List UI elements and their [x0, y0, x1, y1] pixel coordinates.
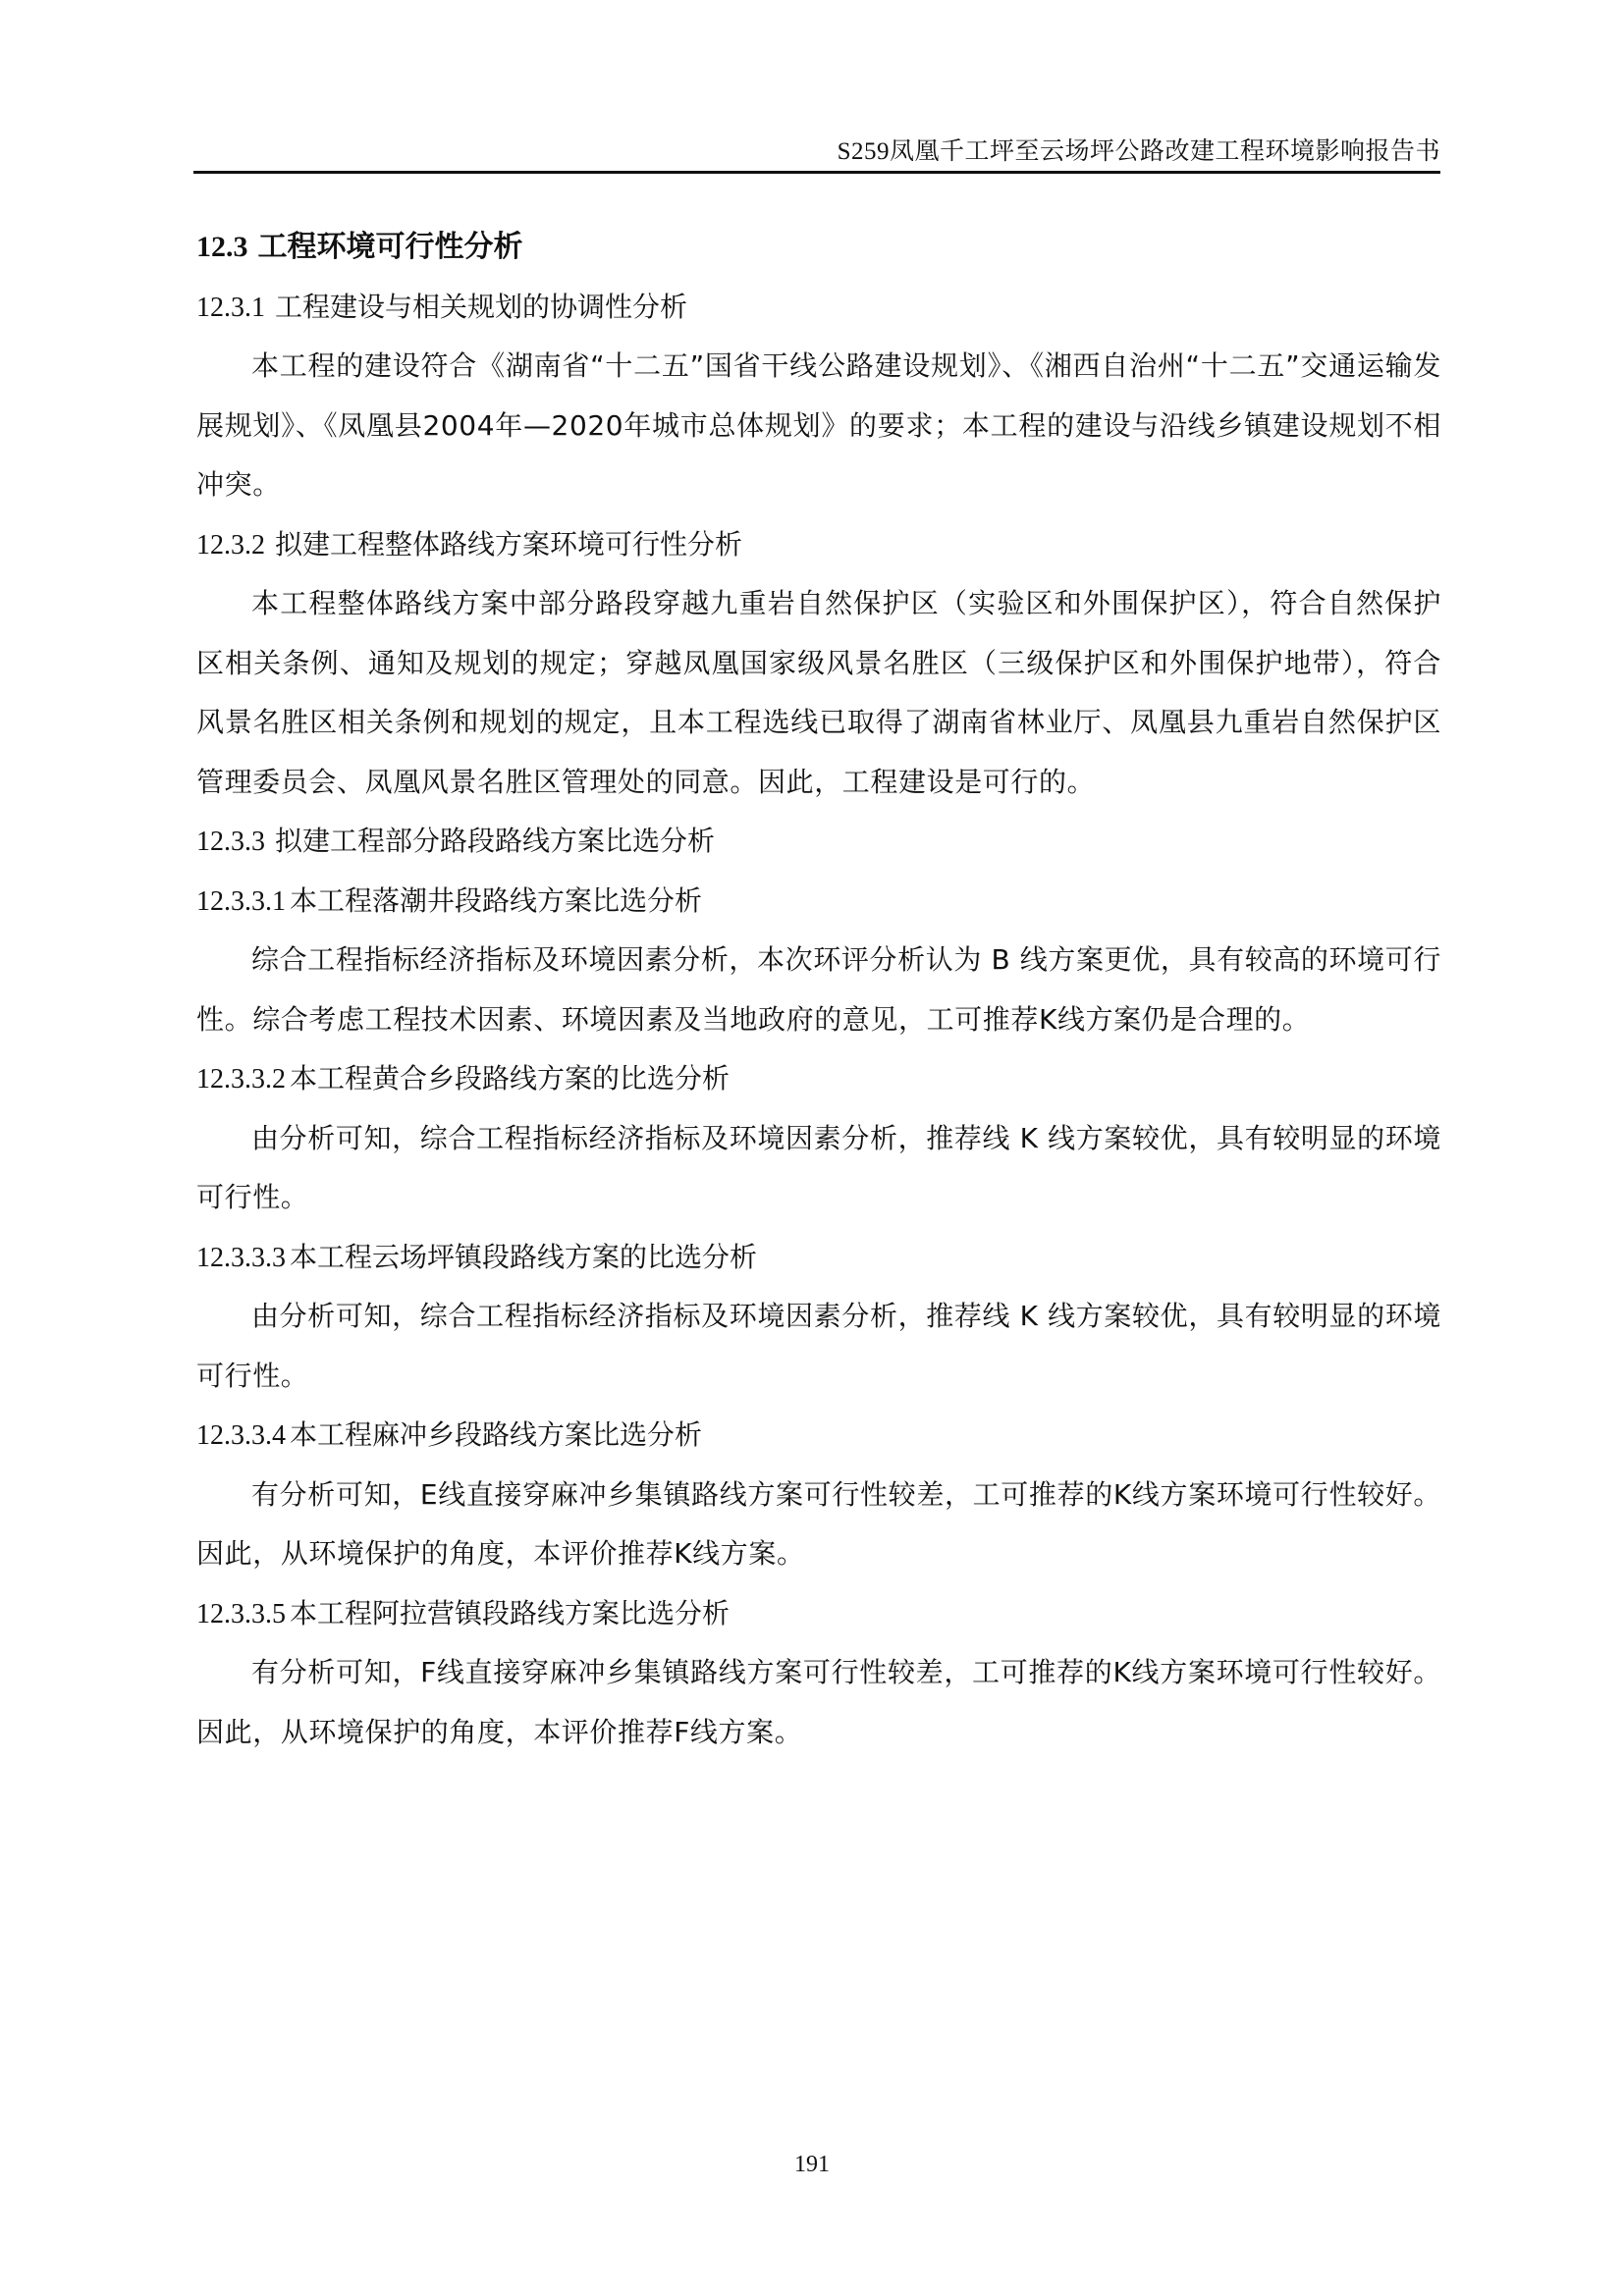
- document-title: S259凤凰千工坪至云场坪公路改建工程环境影响报告书: [838, 132, 1440, 167]
- section-heading-12-3-3-1: 12.3.3.1本工程落潮井段路线方案比选分析: [196, 872, 1441, 932]
- section-heading-12-3-3-3: 12.3.3.3本工程云场坪镇段路线方案的比选分析: [196, 1228, 1441, 1288]
- section-title: 本工程云场坪镇段路线方案的比选分析: [290, 1241, 757, 1273]
- section-heading-12-3-3-5: 12.3.3.5本工程阿拉营镇段路线方案比选分析: [196, 1584, 1441, 1644]
- section-number: 12.3: [196, 231, 248, 263]
- section-number: 12.3.1: [196, 293, 265, 323]
- section-number: 12.3.3.4: [196, 1420, 286, 1451]
- section-number: 12.3.3.3: [196, 1243, 286, 1273]
- section-heading-12-3-3: 12.3.3拟建工程部分路段路线方案比选分析: [196, 812, 1441, 872]
- section-title: 本工程黄合乡段路线方案的比选分析: [290, 1062, 730, 1095]
- section-title: 本工程麻冲乡段路线方案比选分析: [290, 1418, 702, 1451]
- section-heading-12-3-3-4: 12.3.3.4本工程麻冲乡段路线方案比选分析: [196, 1406, 1441, 1466]
- paragraph-planning-coordination: 本工程的建设符合《湖南省“十二五”国省干线公路建设规划》、《湘西自治州“十二五”…: [196, 337, 1441, 515]
- paragraph-alaying-section: 有分析可知，F线直接穿麻冲乡集镇路线方案可行性较差，工可推荐的K线方案环境可行性…: [196, 1643, 1441, 1762]
- section-number: 12.3.2: [196, 530, 265, 561]
- section-number: 12.3.3.2: [196, 1064, 286, 1095]
- section-heading-12-3: 12.3工程环境可行性分析: [196, 218, 1441, 278]
- header-divider: [193, 171, 1440, 174]
- paragraph-machong-section: 有分析可知，E线直接穿麻冲乡集镇路线方案可行性较差，工可推荐的K线方案环境可行性…: [196, 1466, 1441, 1584]
- section-title: 拟建工程部分路段路线方案比选分析: [275, 825, 715, 857]
- paragraph-luochaojing-section: 综合工程指标经济指标及环境因素分析，本次环评分析认为 B 线方案更优，具有较高的…: [196, 931, 1441, 1049]
- section-number: 12.3.3.5: [196, 1599, 286, 1629]
- page-number: 191: [0, 2152, 1624, 2178]
- page-header: S259凤凰千工坪至云场坪公路改建工程环境影响报告书: [193, 116, 1440, 175]
- section-number: 12.3.3.1: [196, 886, 286, 917]
- section-heading-12-3-2: 12.3.2拟建工程整体路线方案环境可行性分析: [196, 515, 1441, 575]
- section-heading-12-3-1: 12.3.1工程建设与相关规划的协调性分析: [196, 278, 1441, 338]
- paragraph-yunchangping-section: 由分析可知，综合工程指标经济指标及环境因素分析，推荐线 K 线方案较优，具有较明…: [196, 1287, 1441, 1406]
- document-body: 12.3工程环境可行性分析 12.3.1工程建设与相关规划的协调性分析 本工程的…: [196, 218, 1441, 1762]
- paragraph-overall-route-feasibility: 本工程整体路线方案中部分路段穿越九重岩自然保护区（实验区和外围保护区），符合自然…: [196, 574, 1441, 812]
- section-heading-12-3-3-2: 12.3.3.2本工程黄合乡段路线方案的比选分析: [196, 1049, 1441, 1109]
- section-title: 拟建工程整体路线方案环境可行性分析: [275, 528, 742, 561]
- paragraph-huanghe-section: 由分析可知，综合工程指标经济指标及环境因素分析，推荐线 K 线方案较优，具有较明…: [196, 1109, 1441, 1228]
- section-title: 工程建设与相关规划的协调性分析: [275, 291, 687, 323]
- section-number: 12.3.3: [196, 827, 265, 857]
- section-title: 工程环境可行性分析: [258, 230, 523, 264]
- section-title: 本工程落潮井段路线方案比选分析: [290, 884, 702, 917]
- section-title: 本工程阿拉营镇段路线方案比选分析: [290, 1597, 730, 1629]
